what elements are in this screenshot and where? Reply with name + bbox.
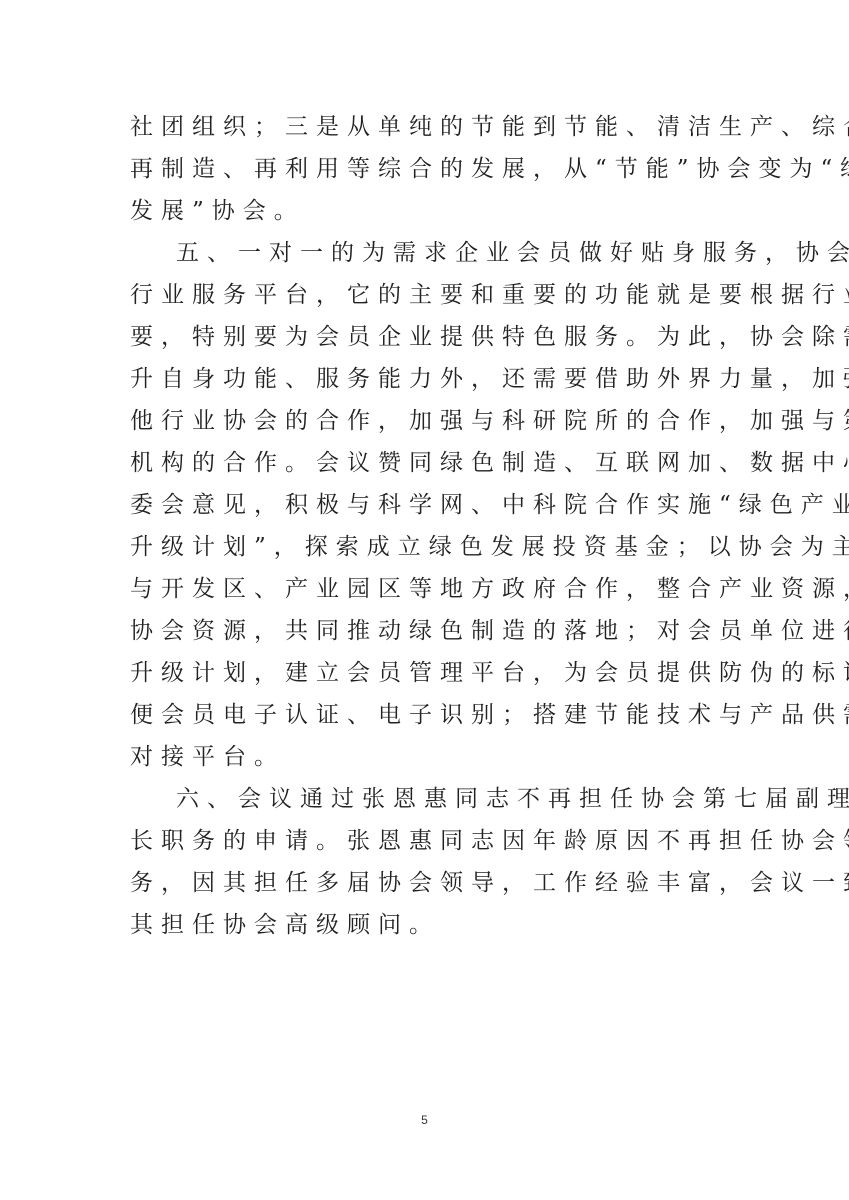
text-line: 务，因其担任多届协会领导，工作经验丰富，会议一致同意 xyxy=(130,862,722,904)
text-line: 升级计划，建立会员管理平台，为会员提供防伪的标识，方 xyxy=(130,652,722,694)
text-line: 五、一对一的为需求企业会员做好贴身服务，协会作为 xyxy=(130,232,722,274)
text-line: 与开发区、产业园区等地方政府合作，整合产业资源，结合 xyxy=(130,568,722,610)
text-line: 行业服务平台，它的主要和重要的功能就是要根据行业的需 xyxy=(130,274,722,316)
text-line: 升级计划”，探索成立绿色发展投资基金；以协会为主体， xyxy=(130,526,722,568)
text-line: 六、会议通过张恩惠同志不再担任协会第七届副理事 xyxy=(130,778,722,820)
document-page: 社团组织；三是从单纯的节能到节能、清洁生产、综合利用、 再制造、再利用等综合的发… xyxy=(0,0,849,1200)
text-line: 对接平台。 xyxy=(130,736,722,778)
text-line: 长职务的申请。张恩惠同志因年龄原因不再担任协会领导职 xyxy=(130,820,722,862)
paragraph-5: 五、一对一的为需求企业会员做好贴身服务，协会作为 行业服务平台，它的主要和重要的… xyxy=(130,232,722,778)
text-line: 机构的合作。会议赞同绿色制造、互联网加、数据中心等专 xyxy=(130,442,722,484)
text-line: 升自身功能、服务能力外，还需要借助外界力量，加强与其 xyxy=(130,358,722,400)
text-line: 委会意见，积极与科学网、中科院合作实施“绿色产业赋能 xyxy=(130,484,722,526)
text-line: 再制造、再利用等综合的发展，从“节能”协会变为“绿色 xyxy=(130,148,722,190)
paragraph-6: 六、会议通过张恩惠同志不再担任协会第七届副理事 长职务的申请。张恩惠同志因年龄原… xyxy=(130,778,722,946)
text-line: 其担任协会高级顾问。 xyxy=(130,904,722,946)
body-text: 社团组织；三是从单纯的节能到节能、清洁生产、综合利用、 再制造、再利用等综合的发… xyxy=(130,106,722,946)
text-line: 便会员电子认证、电子识别；搭建节能技术与产品供需双方 xyxy=(130,694,722,736)
text-line: 协会资源，共同推动绿色制造的落地；对会员单位进行网上 xyxy=(130,610,722,652)
paragraph-3-continuation: 社团组织；三是从单纯的节能到节能、清洁生产、综合利用、 再制造、再利用等综合的发… xyxy=(130,106,722,232)
text-line: 要，特别要为会员企业提供特色服务。为此，协会除需要提 xyxy=(130,316,722,358)
text-line: 社团组织；三是从单纯的节能到节能、清洁生产、综合利用、 xyxy=(130,106,722,148)
text-line: 他行业协会的合作，加强与科研院所的合作，加强与第三方 xyxy=(130,400,722,442)
text-line: 发展”协会。 xyxy=(130,190,722,232)
page-number: 5 xyxy=(0,1113,849,1127)
